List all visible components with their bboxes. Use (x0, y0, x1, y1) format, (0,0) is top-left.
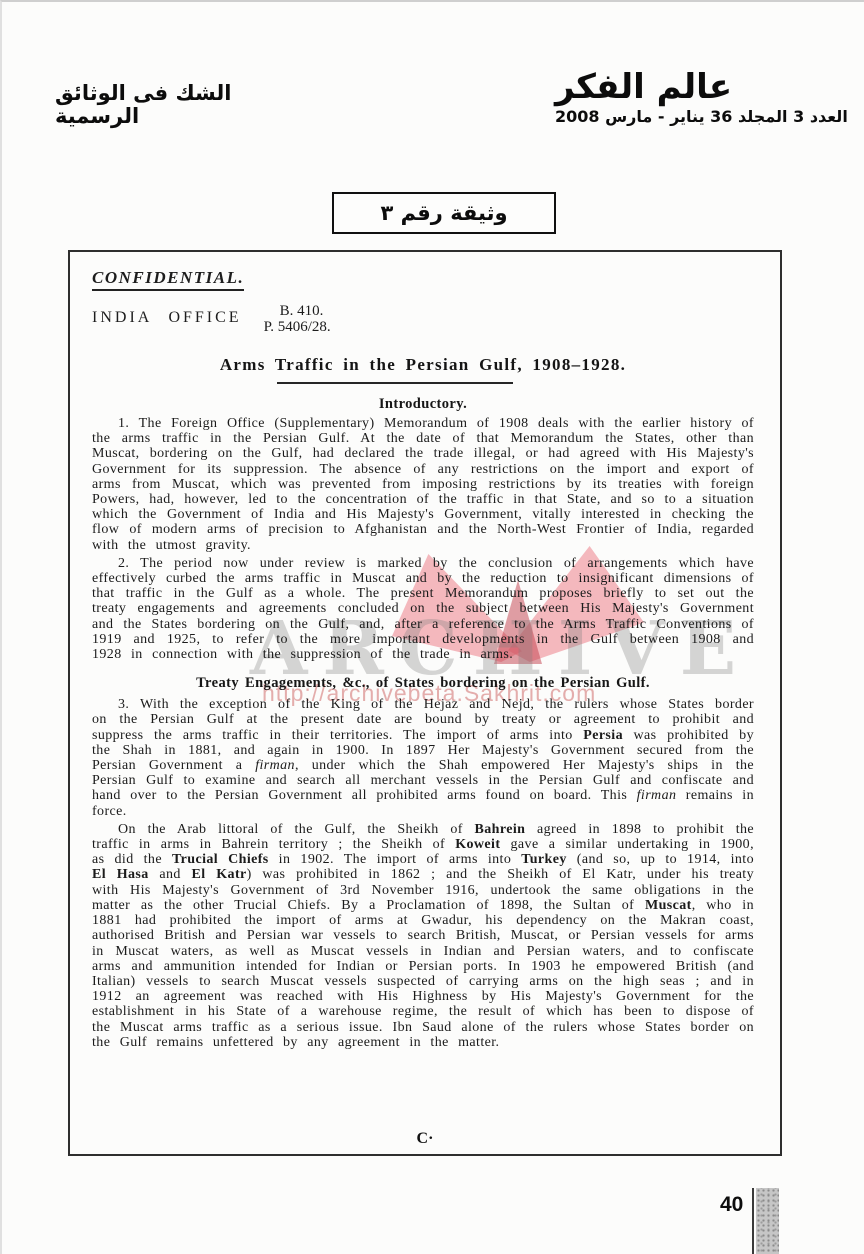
heading-treaty-engagements: Treaty Engagements, &c., of States borde… (92, 675, 754, 692)
scanned-journal-page: الشك فى الوثائق الرسمية عالم الفكر العدد… (0, 0, 864, 1254)
journal-section-title: الشك فى الوثائق الرسمية (55, 82, 247, 128)
journal-title: عالم الفكر (555, 68, 855, 106)
paragraph-1: 1. The Foreign Office (Supplementary) Me… (92, 416, 754, 553)
footer-rule (752, 1188, 754, 1254)
document-title: Arms Traffic in the Persian Gulf, 1908–1… (92, 355, 754, 375)
page-number: 40 (720, 1193, 743, 1217)
footer-speckle-block (756, 1188, 779, 1254)
document-frame: CONFIDENTIAL. INDIA OFFICE B. 410. P. 54… (68, 250, 782, 1156)
paragraph-4: On the Arab littoral of the Gulf, the Sh… (92, 822, 754, 1050)
title-rule (277, 382, 513, 384)
journal-masthead: عالم الفكر العدد 3 المجلد 36 يناير - مار… (555, 68, 855, 127)
reference-number-1: B. 410. (280, 303, 331, 319)
issuing-office: INDIA OFFICE (92, 303, 242, 327)
office-reference-row: INDIA OFFICE B. 410. P. 5406/28. (92, 303, 754, 335)
paragraph-2: 2. The period now under review is marked… (92, 556, 754, 662)
heading-introductory: Introductory. (92, 396, 754, 413)
journal-issue-line: العدد 3 المجلد 36 يناير - مارس 2008 (555, 107, 855, 127)
document-number-box: وثيقة رقم ٣ (332, 192, 556, 234)
paragraph-3: 3. With the exception of the King of the… (92, 697, 754, 819)
document-number-label: وثيقة رقم ٣ (380, 201, 507, 225)
classification-stamp: CONFIDENTIAL. (92, 268, 244, 291)
signature-mark: C· (70, 1130, 780, 1148)
file-references: B. 410. P. 5406/28. (264, 303, 331, 335)
reference-number-2: P. 5406/28. (264, 319, 331, 335)
